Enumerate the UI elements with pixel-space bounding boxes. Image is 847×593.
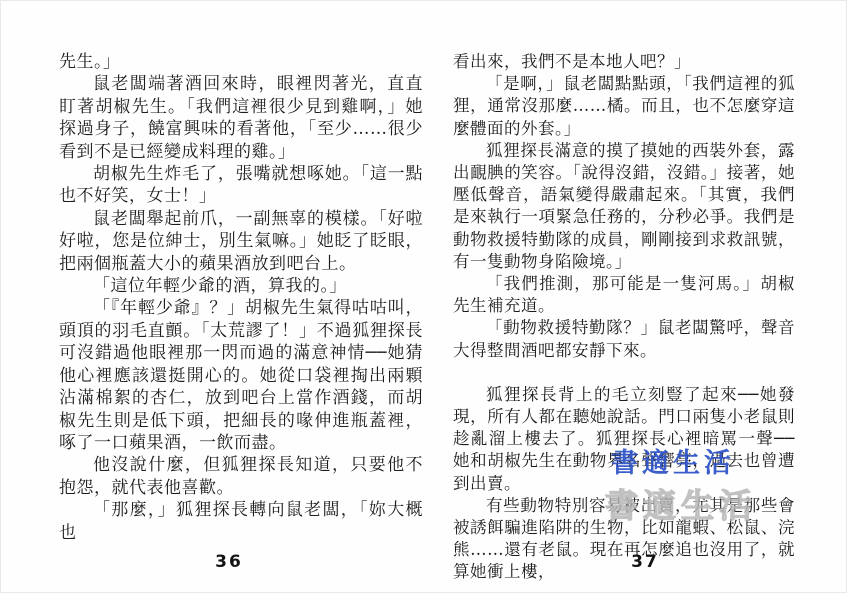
- scene-break: [453, 362, 795, 384]
- book-spread: 先生。」鼠老闆端著酒回來時，眼裡閃著光，直直盯著胡椒先生。「我們這裡很少見到雞啊…: [0, 0, 847, 593]
- paragraph: 「動物救援特勤隊？」鼠老闆驚呼，聲音大得整間酒吧都安靜下來。: [453, 317, 795, 361]
- paragraph: 「我們推測，那可能是一隻河馬。」胡椒先生補充道。: [453, 273, 795, 317]
- watermark-gray-outline: 書適生活: [605, 480, 757, 527]
- paragraph: 「『年輕少爺』？」胡椒先生氣得咕咕叫，頭頂的羽毛直顫。「太荒謬了！」不過狐狸探長…: [59, 297, 423, 454]
- paragraph: 狐狸探長滿意的摸了摸她的西裝外套，露出靦腆的笑容。「說得沒錯，沒錯。」接著，她壓…: [453, 140, 795, 273]
- paragraph: 「這位年輕少爺的酒，算我的。」: [59, 275, 423, 297]
- paragraph: 「那麼，」狐狸探長轉向鼠老闆，「妳大概也: [59, 499, 423, 544]
- paragraph: 他沒說什麼，但狐狸探長知道，只要他不抱怨，就代表他喜歡。: [59, 454, 423, 499]
- paragraph: 先生。」: [59, 51, 423, 73]
- paragraph: 鼠老闆端著酒回來時，眼裡閃著光，直直盯著胡椒先生。「我們這裡很少見到雞啊，」她探…: [59, 73, 423, 163]
- left-page-text: 先生。」鼠老闆端著酒回來時，眼裡閃著光，直直盯著胡椒先生。「我們這裡很少見到雞啊…: [59, 51, 423, 544]
- page-number-right: 37: [615, 552, 675, 572]
- paragraph: 胡椒先生炸毛了，張嘴就想啄她。「這一點也不好笑，女士！」: [59, 163, 423, 208]
- paragraph: 看出來，我們不是本地人吧？」: [453, 51, 795, 73]
- watermark-blue: 書適生活: [611, 441, 735, 480]
- page-number-left: 36: [199, 552, 259, 572]
- paragraph: 「是啊，」鼠老闆點點頭，「我們這裡的狐狸，通常沒那麼……橘。而且，也不怎麼穿這麼…: [453, 73, 795, 140]
- paragraph: 鼠老闆舉起前爪，一副無辜的模樣。「好啦好啦，您是位紳士，別生氣嘛。」她眨了眨眼，…: [59, 208, 423, 275]
